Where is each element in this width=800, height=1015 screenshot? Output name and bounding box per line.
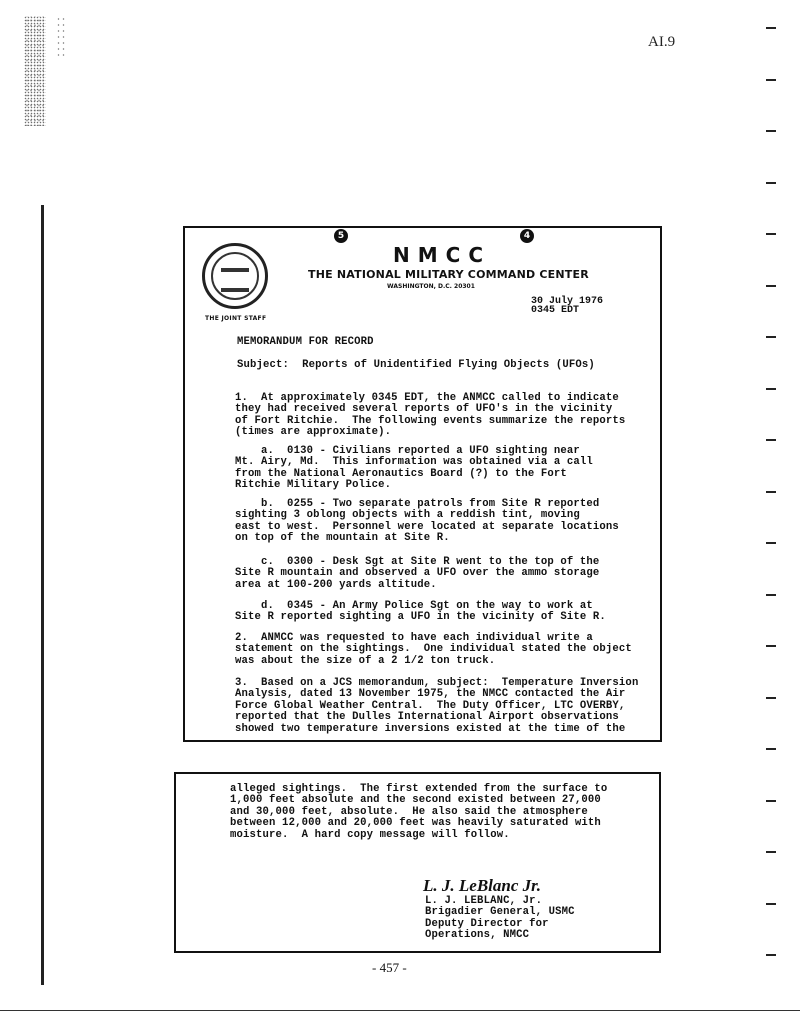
signer-name: L. J. LEBLANC, Jr. (425, 895, 542, 907)
margin-tick (766, 851, 776, 853)
memo-paragraph-1: 1. At approximately 0345 EDT, the ANMCC … (235, 393, 625, 439)
page-id-label: AI.9 (648, 34, 675, 51)
memo-time: 0345 EDT (531, 306, 603, 315)
margin-tick (766, 748, 776, 750)
margin-tick (766, 439, 776, 441)
signer-rank: Brigadier General, USMC (425, 906, 575, 918)
letterhead-organization: THE NATIONAL MILITARY COMMAND CENTER (308, 268, 589, 281)
memo-paragraph-2: 2. ANMCC was requested to have each indi… (235, 633, 632, 667)
letterhead-title: NMCC (393, 243, 491, 267)
signer-title-2: Operations, NMCC (425, 929, 529, 941)
margin-tick (766, 800, 776, 802)
joint-staff-seal-icon (202, 243, 268, 309)
memo-paragraph-1b: b. 0255 - Two separate patrols from Site… (235, 499, 619, 545)
memo-dateline: 30 July 1976 0345 EDT (531, 297, 603, 315)
margin-tick (766, 182, 776, 184)
memo-paragraph-1a: a. 0130 - Civilians reported a UFO sight… (235, 446, 593, 492)
handwritten-signature: L. J. LeBlanc Jr. (423, 876, 541, 896)
margin-tick (766, 645, 776, 647)
margin-tick (766, 79, 776, 81)
memo-continuation: alleged sightings. The first extended fr… (230, 784, 607, 841)
margin-tick (766, 130, 776, 132)
left-margin-rule (41, 205, 44, 985)
margin-tick (766, 542, 776, 544)
margin-tick (766, 697, 776, 699)
bottom-margin-rule (0, 1010, 800, 1011)
scan-speckle (24, 16, 46, 126)
margin-tick (766, 27, 776, 29)
margin-tick (766, 491, 776, 493)
seal-caption: THE JOINT STAFF (205, 315, 266, 322)
signature-block: L. J. LEBLANC, Jr. Brigadier General, US… (425, 896, 575, 942)
margin-tick (766, 388, 776, 390)
margin-tick (766, 285, 776, 287)
page-number: - 457 - (372, 960, 407, 976)
margin-tick (766, 336, 776, 338)
letterhead-location: WASHINGTON, D.C. 20301 (387, 283, 475, 290)
redaction-marker-icon: 5 (334, 229, 348, 243)
memo-paragraph-1c: c. 0300 - Desk Sgt at Site R went to the… (235, 557, 599, 591)
memo-paragraph-1d: d. 0345 - An Army Police Sgt on the way … (235, 601, 606, 624)
scan-speckle (56, 16, 66, 56)
margin-tick (766, 903, 776, 905)
margin-tick (766, 594, 776, 596)
memo-subject: Subject: Reports of Unidentified Flying … (237, 360, 595, 371)
memo-heading: MEMORANDUM FOR RECORD (237, 337, 374, 348)
margin-tick (766, 233, 776, 235)
memo-paragraph-3: 3. Based on a JCS memorandum, subject: T… (235, 678, 638, 735)
margin-tick (766, 954, 776, 956)
redaction-marker-icon: 4 (520, 229, 534, 243)
signer-title-1: Deputy Director for (425, 918, 549, 930)
